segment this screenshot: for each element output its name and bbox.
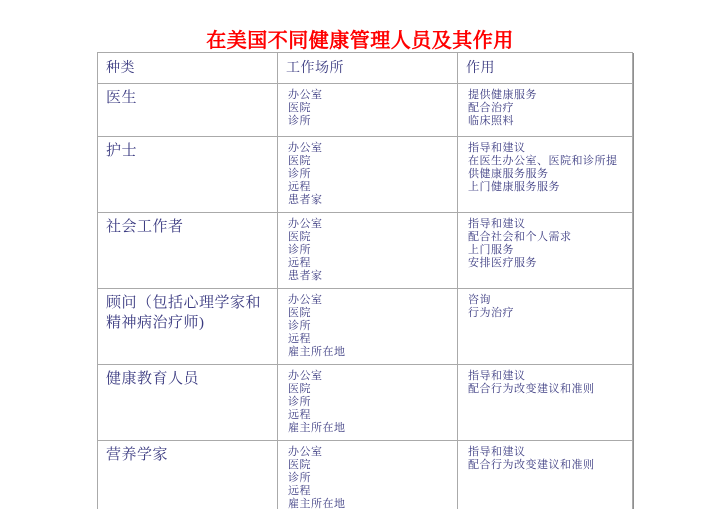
cell-type: 健康教育人员 xyxy=(98,365,278,441)
workplace-item: 远程 xyxy=(288,257,447,270)
workplace-item: 远程 xyxy=(288,333,447,346)
cell-type: 社会工作者 xyxy=(98,213,278,289)
column-header-workplace: 工作场所 xyxy=(278,53,458,84)
workplace-item: 诊所 xyxy=(288,168,447,181)
role-item: 安排医疗服务 xyxy=(468,257,622,270)
workplace-item: 远程 xyxy=(288,409,447,422)
workplace-item: 诊所 xyxy=(288,244,447,257)
table-row: 医生办公室医院诊所提供健康服务配合治疗临床照料 xyxy=(98,84,633,137)
workplace-item: 诊所 xyxy=(288,115,447,128)
cell-workplaces: 办公室医院诊所远程雇主所在地 xyxy=(278,289,458,365)
cell-roles: 指导和建议配合行为改变建议和准则 xyxy=(458,441,633,509)
role-item: 配合社会和个人需求 xyxy=(468,231,622,244)
table-body: 医生办公室医院诊所提供健康服务配合治疗临床照料护士办公室医院诊所远程患者家指导和… xyxy=(98,84,633,509)
role-item: 指导和建议 xyxy=(468,446,622,459)
workplace-item: 办公室 xyxy=(288,294,447,307)
role-item: 临床照料 xyxy=(468,115,622,128)
cell-workplaces: 办公室医院诊所远程患者家 xyxy=(278,137,458,213)
role-item: 在医生办公室、医院和诊所提供健康服务服务 xyxy=(468,155,622,181)
workplace-item: 诊所 xyxy=(288,396,447,409)
workplace-item: 办公室 xyxy=(288,446,447,459)
role-item: 指导和建议 xyxy=(468,218,622,231)
cell-roles: 提供健康服务配合治疗临床照料 xyxy=(458,84,633,137)
table-header: 种类 工作场所 作用 xyxy=(98,53,633,84)
column-header-role: 作用 xyxy=(458,53,633,84)
workplace-item: 诊所 xyxy=(288,320,447,333)
workplace-item: 远程 xyxy=(288,181,447,194)
cell-type: 营养学家 xyxy=(98,441,278,509)
workplace-item: 医院 xyxy=(288,459,447,472)
role-item: 提供健康服务 xyxy=(468,89,622,102)
workplace-item: 办公室 xyxy=(288,142,447,155)
column-header-type: 种类 xyxy=(98,53,278,84)
workplace-item: 雇主所在地 xyxy=(288,498,447,509)
cell-roles: 咨询行为治疗 xyxy=(458,289,633,365)
header-row: 种类 工作场所 作用 xyxy=(98,53,633,84)
workplace-item: 医院 xyxy=(288,307,447,320)
workplace-item: 办公室 xyxy=(288,89,447,102)
workplace-item: 诊所 xyxy=(288,472,447,485)
workplace-item: 远程 xyxy=(288,485,447,498)
workplace-item: 医院 xyxy=(288,383,447,396)
table-row: 健康教育人员办公室医院诊所远程雇主所在地指导和建议配合行为改变建议和准则 xyxy=(98,365,633,441)
workplace-item: 医院 xyxy=(288,231,447,244)
personnel-table: 种类 工作场所 作用 医生办公室医院诊所提供健康服务配合治疗临床照料护士办公室医… xyxy=(97,52,633,509)
role-item: 配合行为改变建议和准则 xyxy=(468,383,622,396)
table-row: 营养学家办公室医院诊所远程雇主所在地指导和建议配合行为改变建议和准则 xyxy=(98,441,633,509)
cell-workplaces: 办公室医院诊所远程患者家 xyxy=(278,213,458,289)
cell-roles: 指导和建议在医生办公室、医院和诊所提供健康服务服务上门健康服务服务 xyxy=(458,137,633,213)
cell-roles: 指导和建议配合行为改变建议和准则 xyxy=(458,365,633,441)
role-item: 指导和建议 xyxy=(468,370,622,383)
workplace-item: 办公室 xyxy=(288,370,447,383)
cell-workplaces: 办公室医院诊所远程雇主所在地 xyxy=(278,441,458,509)
cell-type: 护士 xyxy=(98,137,278,213)
role-item: 上门服务 xyxy=(468,244,622,257)
cell-type: 医生 xyxy=(98,84,278,137)
workplace-item: 患者家 xyxy=(288,194,447,207)
cell-workplaces: 办公室医院诊所远程雇主所在地 xyxy=(278,365,458,441)
workplace-item: 医院 xyxy=(288,102,447,115)
table-row: 社会工作者办公室医院诊所远程患者家指导和建议配合社会和个人需求上门服务安排医疗服… xyxy=(98,213,633,289)
page-title: 在美国不同健康管理人员及其作用 xyxy=(0,24,720,53)
table-row: 护士办公室医院诊所远程患者家指导和建议在医生办公室、医院和诊所提供健康服务服务上… xyxy=(98,137,633,213)
role-item: 咨询 xyxy=(468,294,622,307)
slide: 在美国不同健康管理人员及其作用 种类 工作场所 作用 医生办公室医院诊所提供健康… xyxy=(0,0,720,509)
workplace-item: 办公室 xyxy=(288,218,447,231)
table-row: 顾问（包括心理学家和精神病治疗师)办公室医院诊所远程雇主所在地咨询行为治疗 xyxy=(98,289,633,365)
workplace-item: 医院 xyxy=(288,155,447,168)
role-item: 配合行为改变建议和准则 xyxy=(468,459,622,472)
workplace-item: 雇主所在地 xyxy=(288,346,447,359)
cell-type: 顾问（包括心理学家和精神病治疗师) xyxy=(98,289,278,365)
role-item: 行为治疗 xyxy=(468,307,622,320)
cell-workplaces: 办公室医院诊所 xyxy=(278,84,458,137)
role-item: 指导和建议 xyxy=(468,142,622,155)
workplace-item: 雇主所在地 xyxy=(288,422,447,435)
role-item: 上门健康服务服务 xyxy=(468,181,622,194)
cell-roles: 指导和建议配合社会和个人需求上门服务安排医疗服务 xyxy=(458,213,633,289)
workplace-item: 患者家 xyxy=(288,270,447,283)
role-item: 配合治疗 xyxy=(468,102,622,115)
